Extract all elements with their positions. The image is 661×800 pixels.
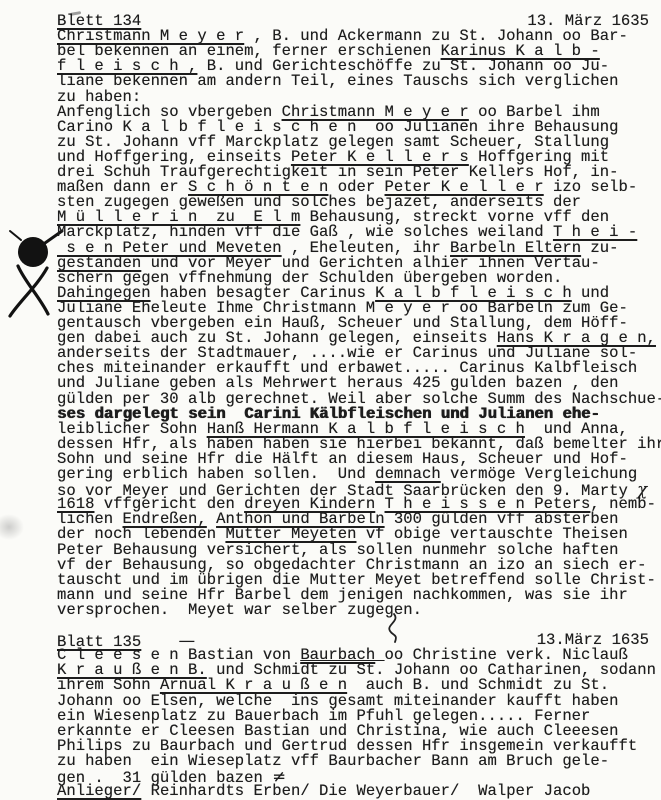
gray-smudge-mark xyxy=(0,514,24,540)
text-line: zu haben ein Wieseplatz vff Baurbacher B… xyxy=(57,754,657,769)
text-line: liane bekennen am andern Teil, eines Tau… xyxy=(57,74,657,89)
text-segment: demnach xyxy=(375,465,441,483)
text-line: Anlieger/ Reinhardts Erben/ Die Weyerbau… xyxy=(57,784,657,799)
text-segment: zu haben ein Wieseplatz vff Baurbacher B… xyxy=(57,752,609,770)
text-segment: Reinhardts Erben/ Die Weyerbauer/ Walper… xyxy=(141,782,590,800)
scanned-document-page: Blett 13413. März 1635Christmann M e y e… xyxy=(0,0,661,800)
text-segment: Anlieger/ xyxy=(57,782,141,800)
text-segment: vermöge Vergleichung xyxy=(441,465,638,483)
text-line: gering erblich haben sollen. Und demnach… xyxy=(57,467,657,482)
text-line: versprochen. Meyet war selber zugegen. xyxy=(57,603,657,618)
text-segment: versprochen. Meyet war selber zugegen. xyxy=(57,601,422,619)
text-segment: gering erblich haben sollen. Und xyxy=(57,465,375,483)
